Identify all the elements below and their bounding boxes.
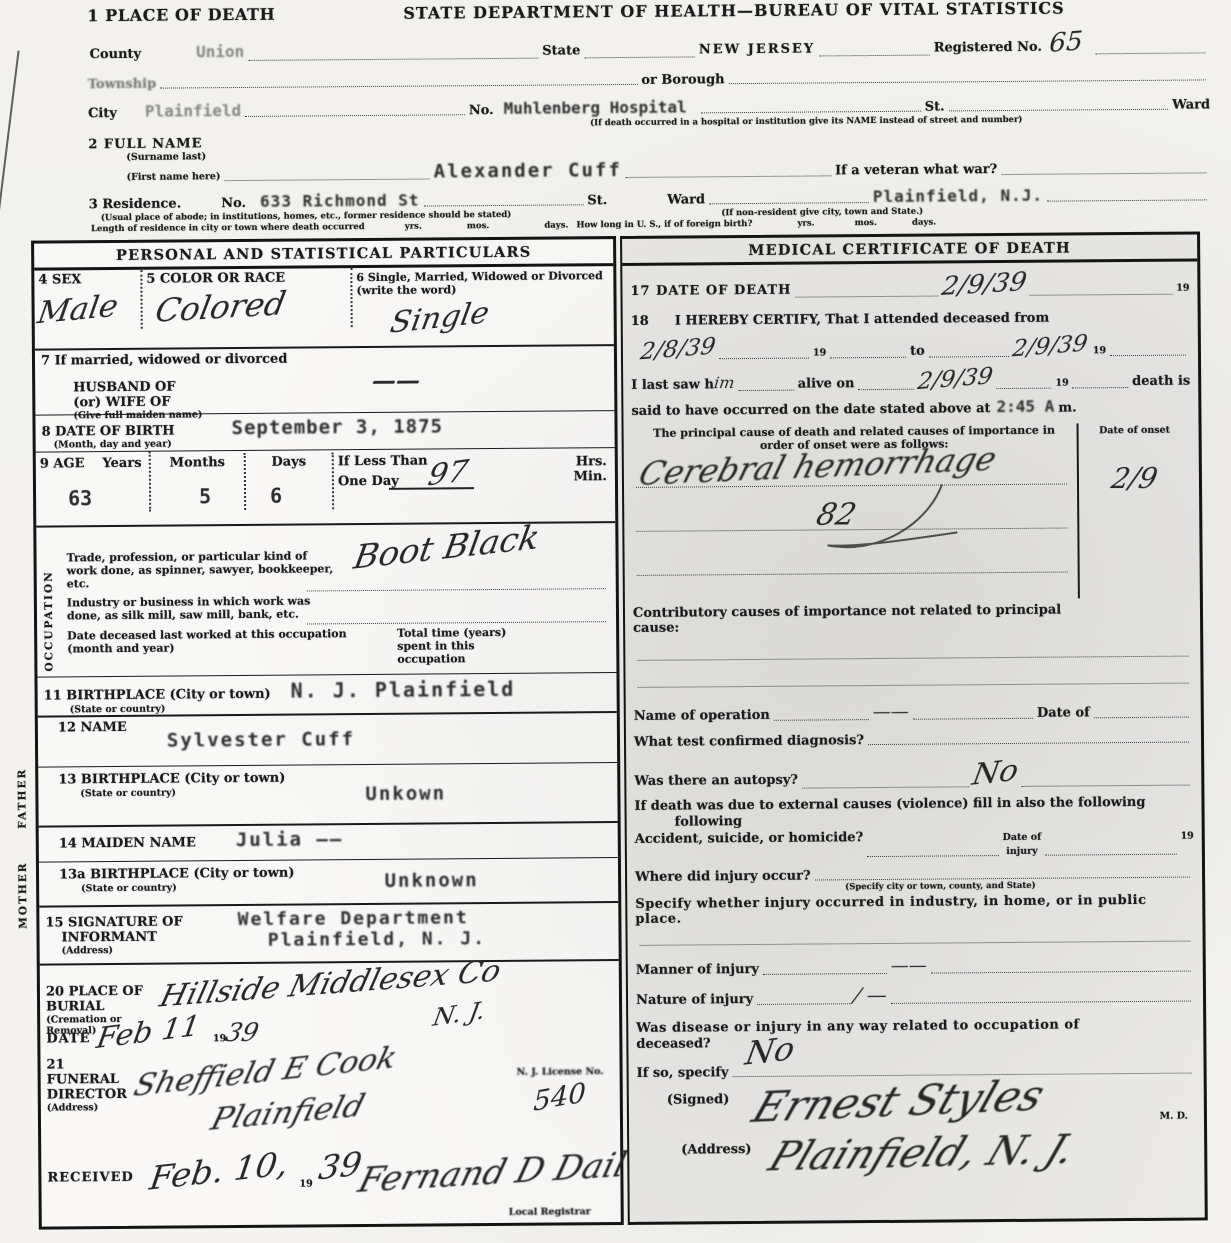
city-value: Plainfield — [145, 101, 241, 121]
residence-value: 633 Richmond St — [260, 191, 420, 211]
city-label: City — [88, 106, 117, 121]
columns: PERSONAL AND STATISTICAL PARTICULARS 4 S… — [31, 231, 1219, 1229]
mos-label-2: mos. — [855, 219, 877, 229]
age-days-value: 6 — [270, 483, 328, 507]
signed-label: (Signed) — [667, 1092, 730, 1107]
s13a-label: 13a BIRTHPLACE (City or town) — [59, 865, 295, 882]
married-row: 7 If married, widowed or divorced HUSBAN… — [35, 346, 614, 416]
received-label: RECEIVED — [47, 1170, 133, 1186]
operation-label: Name of operation — [634, 708, 770, 724]
attended-from-value: 2/8/39 — [639, 333, 717, 365]
ward-label: Ward — [1172, 97, 1210, 112]
or-borough-label: or Borough — [641, 72, 724, 88]
onset-value: 2/9 — [1109, 462, 1161, 495]
certify-label: I HEREBY CERTIFY, That I attended deceas… — [675, 310, 1050, 328]
s17-label: 17 DATE OF DEATH — [630, 282, 791, 298]
father-vertical-label: FATHER — [16, 713, 29, 828]
death-is-label: death is — [1132, 373, 1190, 388]
state-label: State — [542, 43, 580, 58]
date-of-label: Date of — [1037, 705, 1090, 720]
registered-no-value: 65 — [1049, 26, 1084, 59]
alive-on-label: alive on — [798, 376, 855, 391]
burial-year-value: 39 — [223, 1018, 262, 1047]
s20-label: 20 PLACE OF BURIAL — [46, 983, 155, 1014]
mother-birthplace-row: 13a BIRTHPLACE (City or town) (State or … — [39, 858, 618, 908]
last-saw-label: I last saw h — [631, 377, 714, 393]
s21-label2: DIRECTOR — [47, 1087, 139, 1103]
mother-maiden-row: 14 MAIDEN NAME Julia —— — [39, 823, 618, 863]
months-label: Months — [155, 455, 240, 471]
sex-race-marital-row: 4 SEX Male 5 COLOR OR RACE Colored 6 Sin… — [34, 266, 614, 351]
where-note: (Specify city or town, county, and State… — [845, 882, 1036, 893]
nature-label: Nature of injury — [636, 992, 753, 1008]
lastworked-label: Date deceased last worked at this occupa… — [67, 627, 347, 656]
occupation-row: OCCUPATION Trade, profession, or particu… — [36, 523, 616, 678]
county-label: County — [90, 47, 142, 62]
sex-value: Male — [35, 287, 120, 330]
race-cell: 5 COLOR OR RACE Colored — [142, 268, 352, 329]
s7-value: —— — [370, 365, 422, 394]
specify-row: Specify whether injury occurred in indus… — [635, 892, 1194, 945]
county-value: Union — [196, 42, 244, 61]
disease-label: Was disease or injury in any way related… — [636, 1017, 1079, 1035]
to-label: to — [910, 343, 925, 358]
physician-address-label: (Address) — [681, 1142, 751, 1158]
age-months-cell: Months 5 — [151, 453, 246, 511]
manner-row: Manner of injury —— — [636, 953, 1195, 978]
age-months-value: 5 — [199, 484, 240, 508]
attended-to-value: 2/9/39 — [1011, 330, 1089, 362]
operation-value: —— — [872, 701, 911, 722]
number-label: No. — [469, 103, 494, 118]
s15-label2: INFORMANT — [61, 929, 182, 945]
scan-edge-line — [0, 51, 20, 240]
s15-note: (Address) — [62, 944, 183, 956]
residence-heading: 3 Residence. — [89, 197, 182, 213]
s12-value: Sylvester Cuff — [167, 728, 355, 751]
dob-row: 8 DATE OF BIRTH (Month, day and year) Se… — [35, 411, 614, 453]
test-label: What test confirmed diagnosis? — [634, 733, 864, 750]
trade-value: Boot Black — [351, 517, 543, 576]
days-label: days. — [544, 221, 568, 231]
totaltime-label: Total time (years) spent in this occupat… — [397, 625, 537, 666]
age-years-value: 63 — [68, 485, 145, 510]
external-causes-row: If death was due to external causes (vio… — [634, 792, 1193, 829]
residence-ward-label: Ward — [667, 193, 705, 208]
dob-note: (Month, day and year) — [54, 438, 232, 451]
nature-value: / — — [851, 983, 890, 1007]
nature-row: Nature of injury / — — [636, 980, 1195, 1008]
residence-city-value: Plainfield, N.J. — [873, 186, 1043, 206]
test-row: What test confirmed diagnosis? — [634, 730, 1193, 749]
burial-date-label: DATE — [46, 1031, 90, 1046]
pen-flourish — [817, 484, 978, 555]
public-place-label: Specify whether injury occurred in indus… — [635, 892, 1194, 926]
residence-st-label: St. — [587, 193, 607, 208]
registrar-label: Local Registrar — [509, 1207, 591, 1219]
husband-of-label: HUSBAND OF — [73, 379, 202, 395]
s14-label: 14 MAIDEN NAME — [59, 835, 196, 851]
days-label-2: days. — [912, 218, 936, 228]
industry-label: Industry or business in which work was d… — [67, 595, 337, 623]
s18-number: 18 — [631, 313, 649, 328]
contributory-label: Contributory causes of importance not re… — [633, 602, 1063, 635]
autopsy-label: Was there an autopsy? — [634, 772, 798, 788]
s11-label: 11 BIRTHPLACE (City or town) — [44, 686, 271, 703]
dob-label: 8 DATE OF BIRTH — [41, 423, 231, 439]
s13-label: 13 BIRTHPLACE (City or town) — [58, 770, 285, 787]
accident-label: Accident, suicide, or homicide? — [635, 830, 864, 847]
township-row: Township or Borough — [30, 68, 1210, 92]
disease-label-2: deceased? — [636, 1032, 1195, 1051]
medical-certificate-column: MEDICAL CERTIFICATE OF DEATH 17 DATE OF … — [620, 231, 1208, 1225]
father-birthplace-row: 13 BIRTHPLACE (City or town) (State or c… — [38, 763, 617, 828]
full-name-heading: 2 FULL NAME — [88, 136, 202, 152]
race-label: 5 COLOR OR RACE — [146, 270, 346, 287]
received-printed-19: 19 — [299, 1178, 312, 1189]
physician-address-value: Plainfield, N. J. — [763, 1127, 1082, 1181]
title-row: 1 PLACE OF DEATH STATE DEPARTMENT OF HEA… — [29, 0, 1209, 26]
onset-column: Date of onset 2/9 — [1077, 422, 1192, 598]
autopsy-row: Was there an autopsy? No — [634, 753, 1193, 792]
informant-value-1: Welfare Department — [238, 907, 486, 930]
informant-row: 15 SIGNATURE OF INFORMANT (Address) Welf… — [39, 903, 618, 966]
age-row: 9 AGE Years 63 Months 5 Days 6 If Less T… — [36, 448, 616, 528]
s17-year-19: 19 — [1176, 282, 1189, 293]
veteran-label: If a veteran what war? — [835, 162, 997, 178]
time-of-death-value: 2:45 A — [996, 396, 1054, 415]
cause-block: The principal cause of death and related… — [632, 422, 1192, 601]
s15-label: 15 SIGNATURE OF — [45, 914, 182, 930]
physician-address-row: (Address) Plainfield, N. J. — [637, 1136, 1197, 1206]
s14-value: Julia —— — [236, 828, 344, 851]
hrs-label: Hrs. — [576, 454, 607, 469]
s13-note: (State or country) — [80, 786, 285, 799]
autopsy-value: No — [970, 752, 1021, 792]
place-of-death-heading: 1 PLACE OF DEATH — [87, 5, 275, 25]
last-saw-row: I last saw h im alive on 2/9/39 19 death… — [631, 364, 1190, 394]
certify-dates-row: 2/8/39 19 to 2/9/39 19 — [631, 332, 1190, 362]
license-value: 540 — [533, 1078, 586, 1118]
disease-value: No — [743, 1029, 798, 1072]
received-row: RECEIVED Feb. 10, 19 39 Fernand D Dail L… — [41, 1140, 621, 1227]
alive-year-19: 19 — [1055, 377, 1068, 388]
s12-label: 12 NAME — [58, 720, 127, 736]
sex-cell: 4 SEX Male — [34, 269, 142, 329]
race-value: Colored — [152, 284, 289, 330]
disease-occupation-row: Was disease or injury in any way related… — [636, 1014, 1195, 1051]
age-label: 9 AGE — [40, 456, 85, 471]
operation-row: Name of operation —— Date of — [634, 699, 1193, 724]
yrs-label: yrs. — [405, 222, 422, 232]
injury-label: injury — [1006, 846, 1037, 857]
manner-label: Manner of injury — [636, 962, 759, 978]
occurred-row: said to have occurred on the date stated… — [631, 395, 1190, 418]
s11-note: (State or country) — [70, 702, 271, 715]
alive-on-value: 2/9/39 — [916, 363, 994, 395]
days-header-label: Days — [250, 454, 328, 470]
wife-of-label: (or) WIFE OF — [73, 394, 202, 410]
birthplace-row: 11 BIRTHPLACE (City or town) (State or c… — [37, 673, 616, 718]
occurred-label: said to have occurred on the date stated… — [631, 401, 990, 419]
decedent-name-value: Alexander Cuff — [434, 159, 622, 182]
mother-vertical-label: MOTHER — [17, 828, 30, 928]
received-date-value: Feb. 10, — [147, 1143, 290, 1197]
residence-no-label: No. — [221, 196, 246, 211]
personal-particulars-column: PERSONAL AND STATISTICAL PARTICULARS 4 S… — [31, 236, 624, 1230]
registered-no-label: Registered No. — [934, 40, 1042, 56]
contributory-block: Contributory causes of importance not re… — [633, 601, 1193, 687]
certify-row: 18 I HEREBY CERTIFY, That I attended dec… — [631, 309, 1190, 328]
date-of-death-value: 2/9/39 — [939, 266, 1028, 301]
physician-signature: Ernest Styles — [746, 1071, 1051, 1132]
burial-date-value: Feb 11 — [95, 1008, 203, 1055]
street-label: St. — [925, 99, 945, 114]
howlong-label: How long in U. S., if of foreign birth? — [576, 220, 752, 231]
marital-cell: 6 Single, Married, Widowed or Divorced (… — [352, 267, 614, 338]
years-label: Years — [102, 455, 141, 470]
min-label: Min. — [574, 469, 607, 484]
less-than-label: If Less Than One Day — [338, 451, 428, 492]
external-label: If death was due to external causes (vio… — [634, 795, 1145, 814]
following-label: following — [675, 810, 1194, 829]
registrar-signature: Fernand D Dail — [354, 1145, 631, 1201]
sex-label: 4 SEX — [38, 272, 136, 288]
funeral-director-address: Plainfield — [207, 1087, 369, 1137]
s21-note: (Address) — [47, 1102, 139, 1114]
s13a-note: (State or country) — [81, 881, 295, 894]
hospital-note: (If death occurred in a hospital or inst… — [590, 116, 1022, 129]
ifso-label: If so, specify — [637, 1065, 729, 1081]
injury-date-label: Date of — [1003, 831, 1042, 843]
certificate-form: 1 PLACE OF DEATH STATE DEPARTMENT OF HEA… — [29, 0, 1219, 1229]
scanned-death-certificate: 1 PLACE OF DEATH STATE DEPARTMENT OF HEA… — [0, 0, 1231, 1243]
county-state-row: County Union State NEW JERSEY Registered… — [29, 26, 1209, 65]
department-heading: STATE DEPARTMENT OF HEALTH—BUREAU OF VIT… — [403, 0, 1064, 23]
s11-value: N. J. Plainfield — [291, 677, 516, 703]
certify-year-19b: 19 — [1093, 345, 1106, 356]
time-m-label: m. — [1058, 400, 1076, 415]
informant-value-2: Plainfield, N. J. — [268, 928, 486, 951]
marital-value: Single — [388, 295, 492, 341]
md-label: M. D. — [1160, 1110, 1188, 1122]
where-label: Where did injury occur? — [635, 869, 811, 885]
mos-label: mos. — [467, 222, 489, 232]
yrs-label-2: yrs. — [797, 219, 814, 229]
trade-label: Trade, profession, or particular kind of… — [66, 549, 336, 591]
dob-value: September 3, 1875 — [231, 415, 443, 439]
age-days-cell: Days 6 — [246, 452, 334, 510]
accident-row: Accident, suicide, or homicide? Date of … — [635, 827, 1194, 862]
last-saw-him: im — [713, 373, 736, 392]
surname-note: (Surname last) — [126, 151, 206, 163]
nonresident-note: (If non-resident give city, town and Sta… — [721, 208, 923, 219]
s13a-value: Unknown — [384, 869, 478, 892]
injury-year-19: 19 — [1181, 830, 1194, 841]
firstname-note: (First name here) — [127, 171, 221, 183]
township-label: Township — [88, 77, 156, 93]
less-than-day-cell: If Less Than One Day Hrs. Min. 97 — [334, 448, 615, 494]
father-name-row: 12 NAME Sylvester Cuff — [38, 713, 617, 768]
hospital-value: Muhlenberg Hospital — [504, 97, 687, 117]
license-label: N. J. License No. — [517, 1066, 604, 1078]
state-value: NEW JERSEY — [699, 41, 815, 57]
burial-row: 20 PLACE OF BURIAL (Cremation or Removal… — [40, 961, 619, 1013]
age-years-cell: 9 AGE Years 63 — [36, 451, 151, 512]
s13-value: Unkown — [365, 782, 446, 805]
funeral-director-row: 21 FUNERAL DIRECTOR (Address) Sheffield … — [40, 1050, 620, 1145]
marital-label: 6 Single, Married, Widowed or Divorced (… — [356, 269, 609, 297]
certify-year-19a: 19 — [813, 347, 826, 358]
received-year-value: 39 — [316, 1144, 364, 1188]
manner-value: —— — [889, 955, 928, 976]
s21-label: 21 FUNERAL — [46, 1057, 138, 1088]
date-of-onset-label: Date of onset — [1079, 422, 1191, 436]
occupation-vertical-label: OCCUPATION — [42, 541, 55, 671]
date-of-death-row: 17 DATE OF DEATH 2/9/39 19 — [630, 267, 1189, 301]
length-residence-label: Length of residence in city or town wher… — [91, 223, 365, 235]
